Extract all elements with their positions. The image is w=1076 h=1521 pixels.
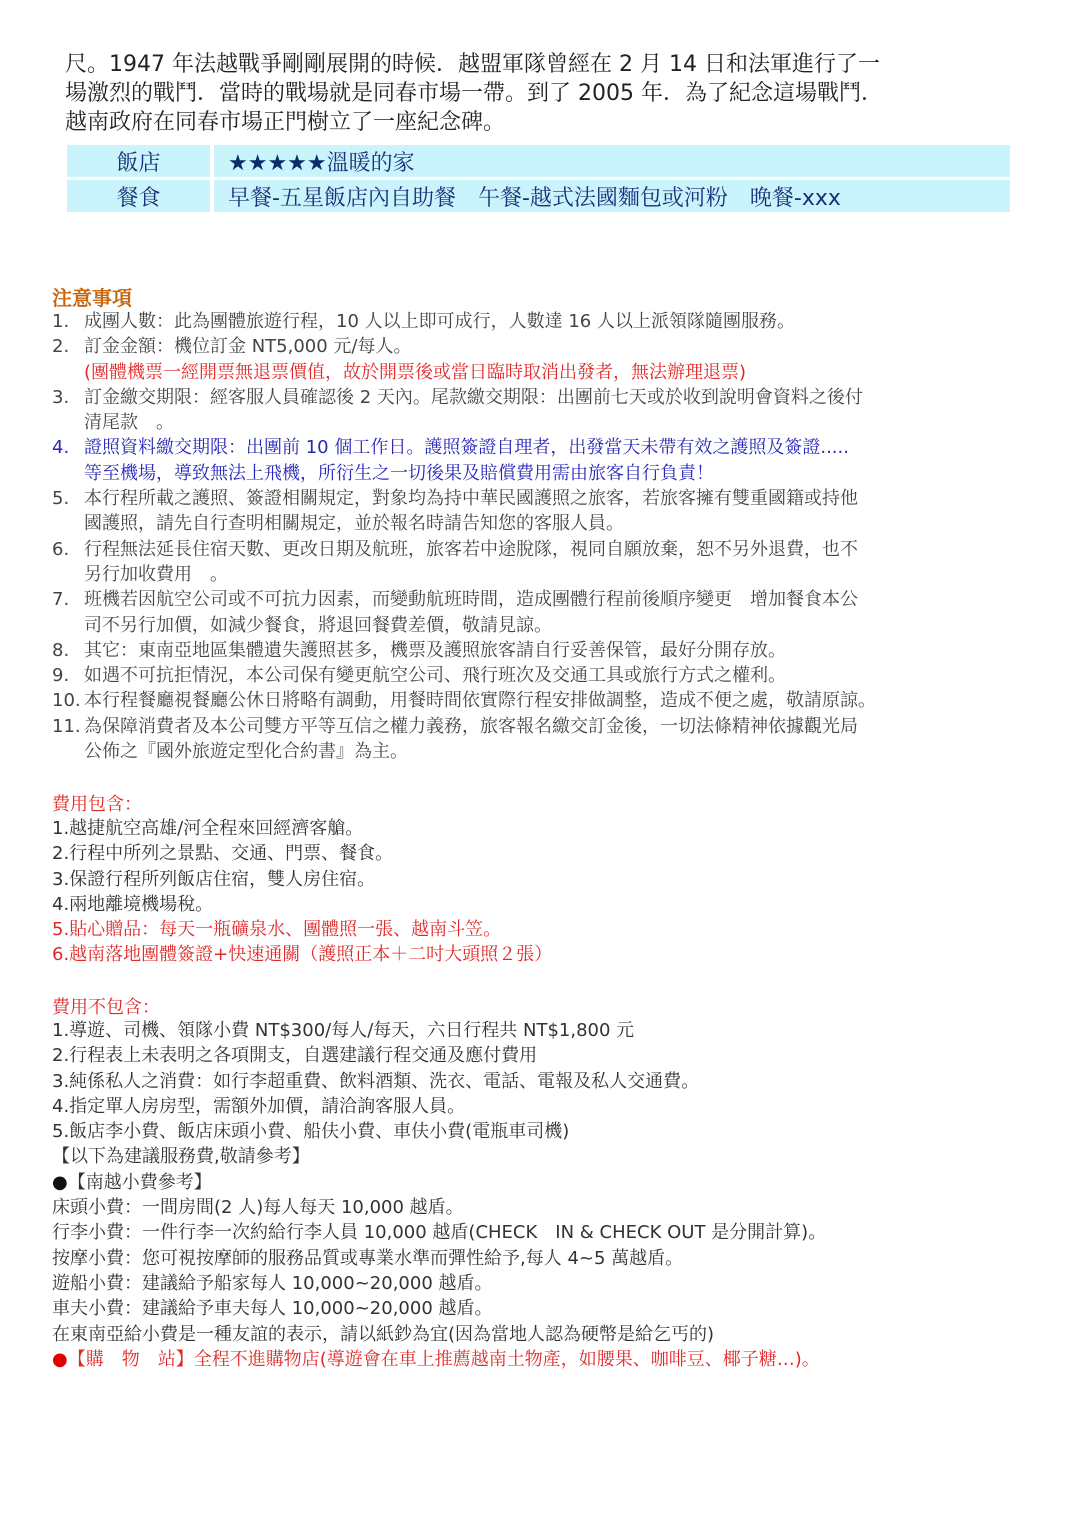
tip-item: 行李小費：一件行李一次約給行李人員 10,000 越盾(CHECK IN & C… xyxy=(52,1220,826,1245)
tip-item: 床頭小費：一間房間(2 人)每人每天 10,000 越盾。 xyxy=(52,1195,826,1220)
hotel-name: 溫暖的家 xyxy=(327,151,415,176)
included-item: 1.越捷航空高雄/河全程來回經濟客艙。 xyxy=(52,816,552,841)
excluded-list: 1.導遊、司機、領隊小費 NT$300/每人/每天，六日行程共 NT$1,800… xyxy=(52,1018,826,1372)
notice-item: 8.其它：東南亞地區集體遺失護照甚多，機票及護照旅客請自行妥善保管，最好分開存放… xyxy=(52,638,1062,663)
notice-title: 注意事項 xyxy=(52,282,132,311)
red-bullet-icon: ● xyxy=(52,1349,68,1370)
excluded-item: 3.純係私人之消費：如行李超重費、飲料酒類、洗衣、電話、電報及私人交通費。 xyxy=(52,1069,826,1094)
notice-item: 6.行程無法延長住宿天數、更改日期及航班，旅客若中途脫隊，視同自願放棄，恕不另外… xyxy=(52,537,1062,588)
refund-warning: (團體機票一經開票無退票價值，故於開票後或當日臨時取消出發者，無法辦理退票) xyxy=(84,362,746,383)
hotel-meal-table: 飯店 ★★★★★溫暖的家 餐食 早餐-五星飯店內自助餐 午餐-越式法國麵包或河粉… xyxy=(67,142,1010,215)
shopping-note: ●【購 物 站】全程不進購物店(導遊會在車上推薦越南土物產，如腰果、咖啡豆、椰子… xyxy=(52,1347,826,1372)
tip-item: 在東南亞給小費是一種友誼的表示，請以紙鈔為宜(因為當地人認為硬幣是給乞丐的) xyxy=(52,1322,826,1347)
notice-item: 5.本行程所載之護照、簽證相關規定，對象均為持中華民國護照之旅客，若旅客擁有雙重… xyxy=(52,486,1062,537)
notice-item: 9.如遇不可抗拒情況，本公司保有變更航空公司、飛行班次及交通工具或旅行方式之權利… xyxy=(52,663,1062,688)
notice-item: 3.訂金繳交期限：經客服人員確認後 2 天內。尾款繳交期限：出團前七天或於收到說… xyxy=(52,385,1062,436)
excluded-item: 5.飯店李小費、飯店床頭小費、船伕小費、車伕小費(電瓶車司機) xyxy=(52,1119,826,1144)
tips-heading: ●【南越小費參考】 xyxy=(52,1170,826,1195)
intro-paragraph: 尺。1947 年法越戰爭剛剛展開的時候．越盟軍隊曾經在 2 月 14 日和法軍進… xyxy=(65,50,1015,137)
included-item: 4.兩地離境機場稅。 xyxy=(52,892,552,917)
hotel-label: 飯店 xyxy=(67,145,214,177)
bullet-icon: ● xyxy=(52,1172,68,1193)
intro-line: 尺。1947 年法越戰爭剛剛展開的時候．越盟軍隊曾經在 2 月 14 日和法軍進… xyxy=(65,50,1015,79)
notice-item: 1.成團人數：此為團體旅遊行程，10 人以上即可成行，人數達 16 人以上派領隊… xyxy=(52,309,1062,334)
excluded-item: 4.指定單人房房型，需額外加價，請洽詢客服人員。 xyxy=(52,1094,826,1119)
notice-item: 10.本行程餐廳視餐廳公休日將略有調動，用餐時間依實際行程安排做調整，造成不便之… xyxy=(52,688,1062,713)
star-rating-icon: ★★★★★ xyxy=(228,151,327,176)
intro-line: 越南政府在同春市場正門樹立了一座紀念碑。 xyxy=(65,108,1015,137)
included-list: 1.越捷航空高雄/河全程來回經濟客艙。 2.行程中所列之景點、交通、門票、餐食。… xyxy=(52,816,552,968)
included-item: 5.貼心贈品：每天一瓶礦泉水、團體照一張、越南斗笠。 xyxy=(52,917,552,942)
tip-item: 遊船小費：建議給予船家每人 10,000~20,000 越盾。 xyxy=(52,1271,826,1296)
excluded-item: 1.導遊、司機、領隊小費 NT$300/每人/每天，六日行程共 NT$1,800… xyxy=(52,1018,826,1043)
intro-line: 場激烈的戰鬥．當時的戰場就是同春市場一帶。到了 2005 年．為了紀念這場戰鬥． xyxy=(65,79,1015,108)
notice-item: 11.為保障消費者及本公司雙方平等互信之權力義務，旅客報名繳交訂金後，一切法條精… xyxy=(52,714,1062,765)
notice-item: 2.訂金金額：機位訂金 NT5,000 元/每人。(團體機票一經開票無退票價值，… xyxy=(52,334,1062,385)
tip-item: 車夫小費：建議給予車夫每人 10,000~20,000 越盾。 xyxy=(52,1296,826,1321)
table-row-hotel: 飯店 ★★★★★溫暖的家 xyxy=(67,145,1010,177)
tip-item: 按摩小費：您可視按摩師的服務品質或專業水準而彈性給予,每人 4~5 萬越盾。 xyxy=(52,1246,826,1271)
meals-label: 餐食 xyxy=(67,180,214,212)
service-fee-note: 【以下為建議服務費,敬請參考】 xyxy=(52,1144,826,1169)
notice-list: 1.成團人數：此為團體旅遊行程，10 人以上即可成行，人數達 16 人以上派領隊… xyxy=(52,309,1062,764)
included-title: 費用包含： xyxy=(52,790,142,816)
included-item: 3.保證行程所列飯店住宿，雙人房住宿。 xyxy=(52,867,552,892)
notice-item: 4.證照資料繳交期限：出團前 10 個工作日。護照簽證自理者，出發當天未帶有效之… xyxy=(52,435,1062,486)
table-row-meals: 餐食 早餐-五星飯店內自助餐 午餐-越式法國麵包或河粉 晚餐-xxx xyxy=(67,180,1010,212)
excluded-title: 費用不包含： xyxy=(52,993,160,1019)
included-item: 6.越南落地團體簽證+快速通關（護照正本＋二吋大頭照２張） xyxy=(52,942,552,967)
excluded-item: 2.行程表上未表明之各項開支，自選建議行程交通及應付費用 xyxy=(52,1043,826,1068)
notice-item: 7.班機若因航空公司或不可抗力因素，而變動航班時間，造成團體行程前後順序變更 增… xyxy=(52,587,1062,638)
included-item: 2.行程中所列之景點、交通、門票、餐食。 xyxy=(52,841,552,866)
hotel-value: ★★★★★溫暖的家 xyxy=(214,145,1010,177)
meals-value: 早餐-五星飯店內自助餐 午餐-越式法國麵包或河粉 晚餐-xxx xyxy=(214,180,1010,212)
